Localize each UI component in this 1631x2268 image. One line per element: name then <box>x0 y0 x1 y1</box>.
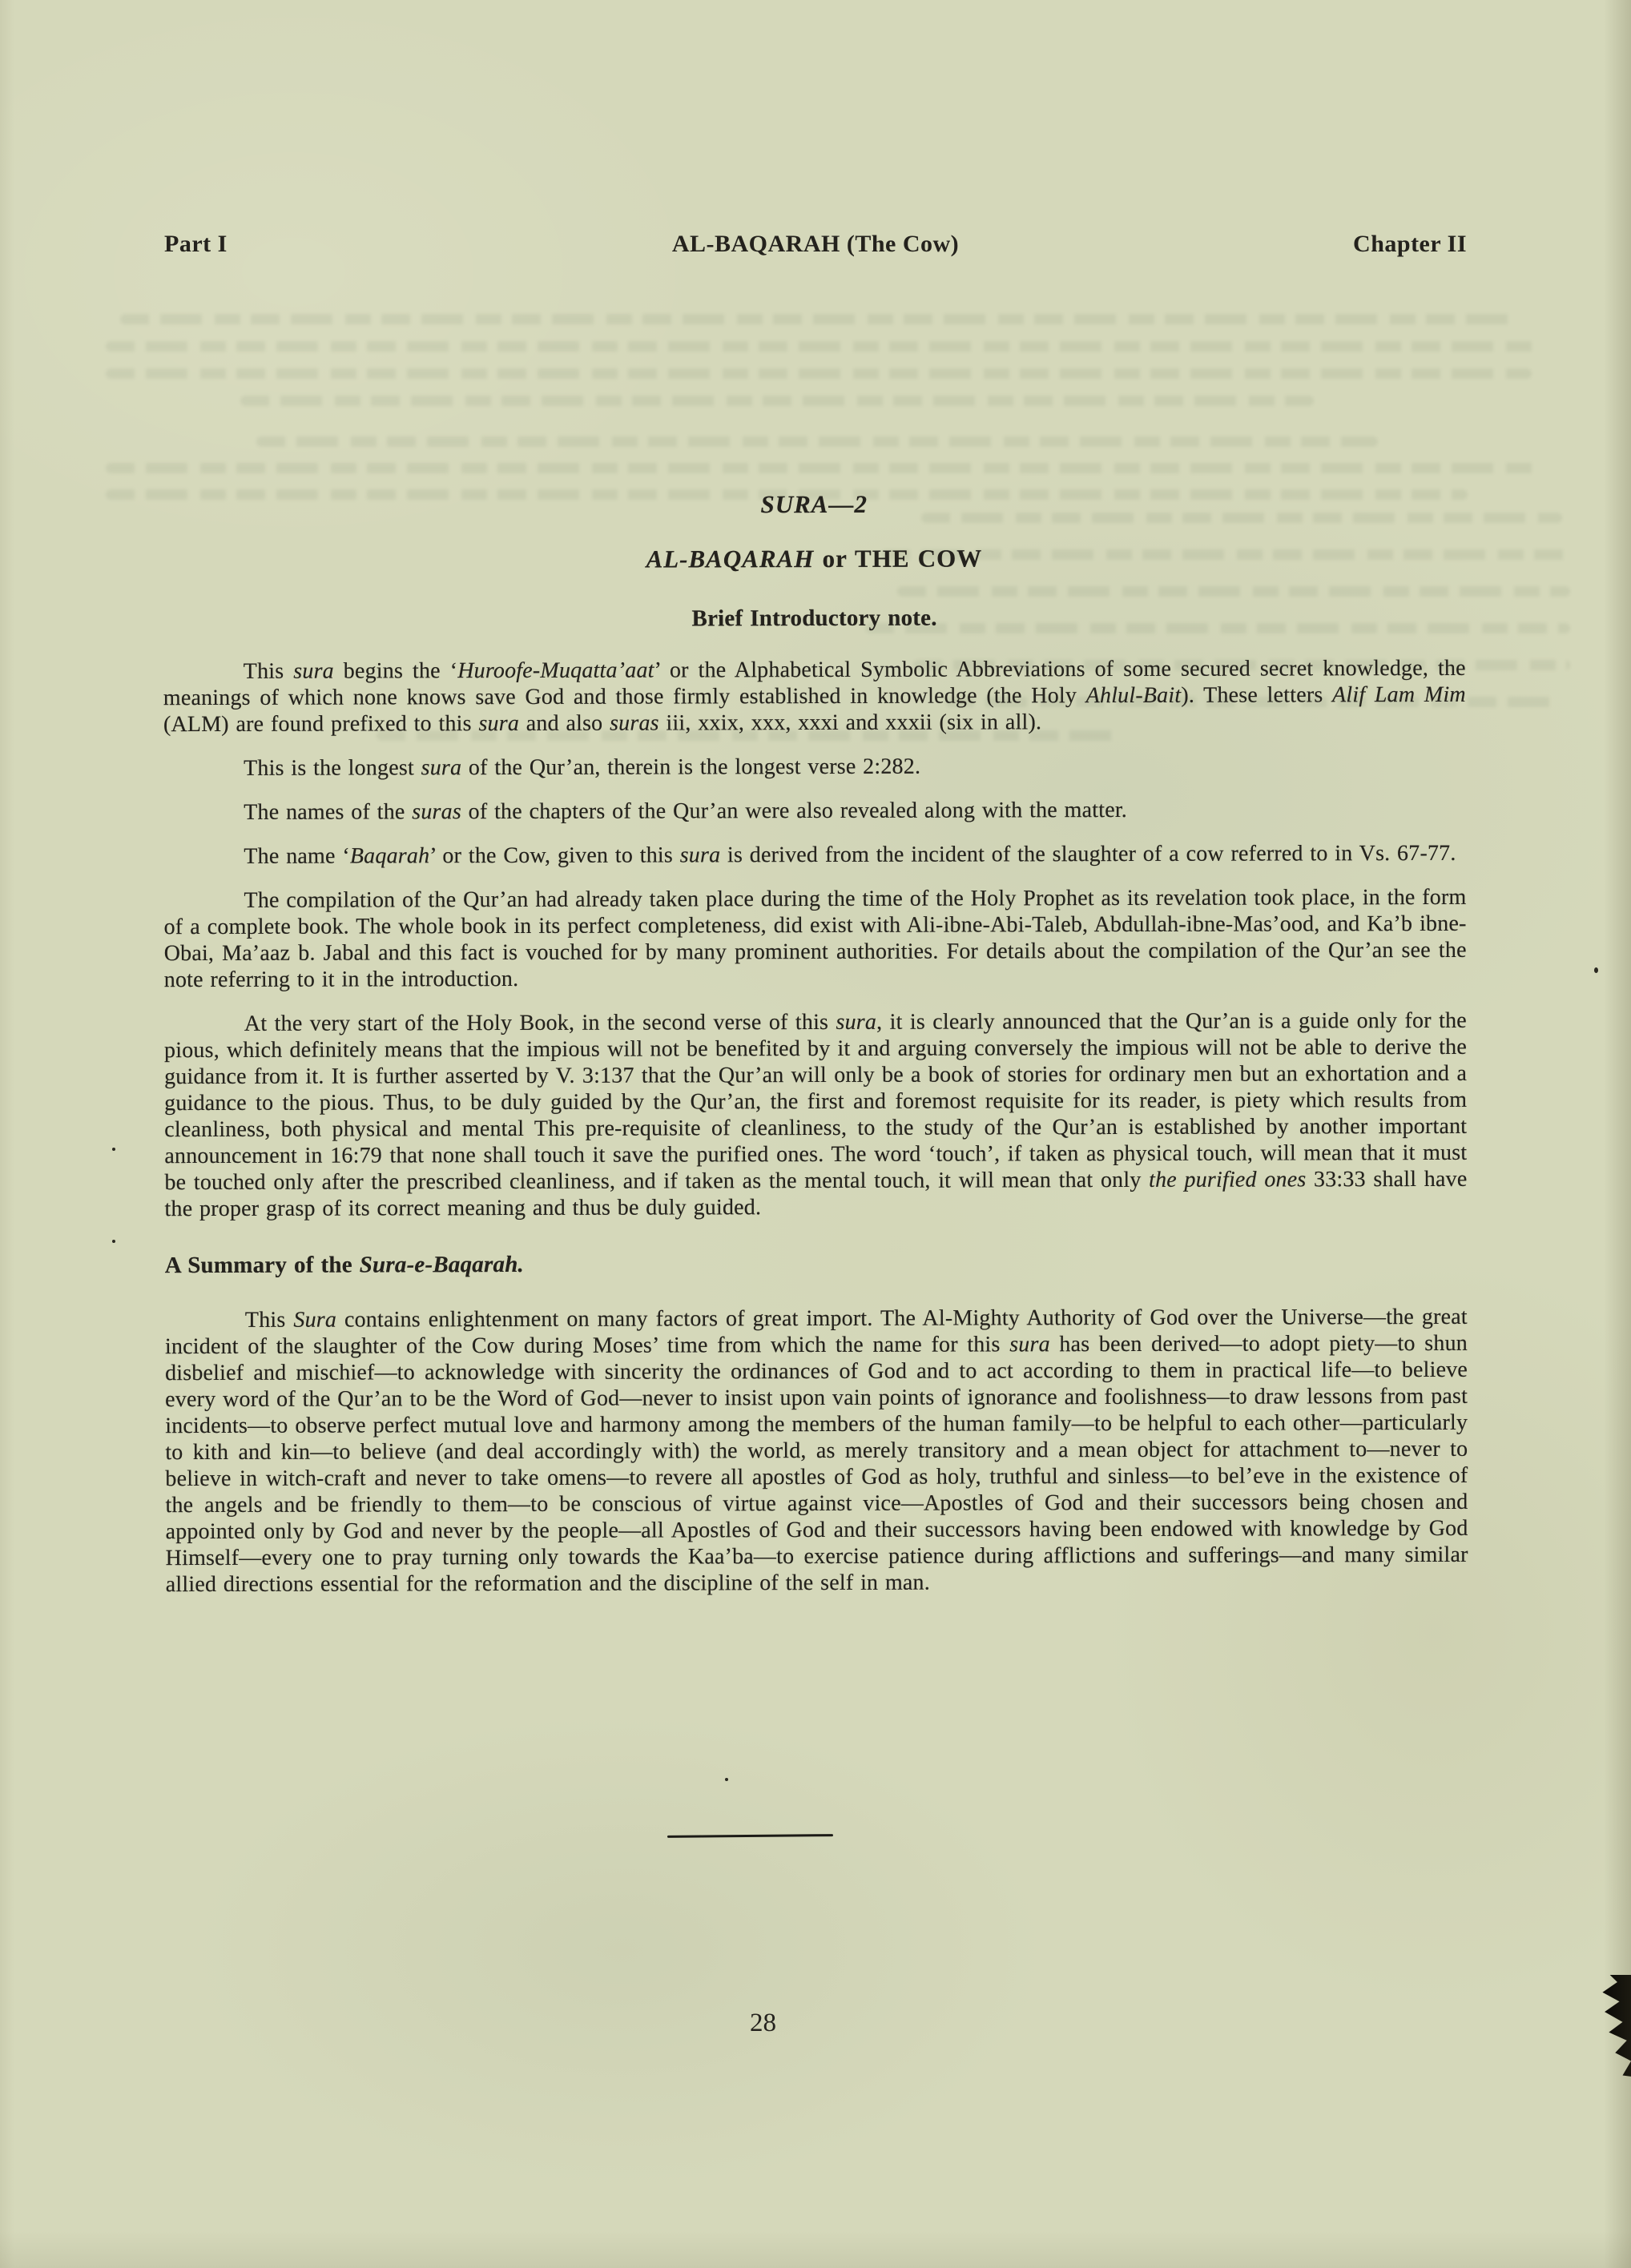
ink-speck <box>725 1778 728 1781</box>
end-rule <box>667 1834 833 1838</box>
intro-paragraph-6: At the very start of the Holy Book, in t… <box>164 1007 1468 1222</box>
ink-blot <box>1585 1975 1631 2077</box>
ink-speck <box>112 1240 115 1243</box>
book-page: Part I AL-BAQARAH (The Cow) Chapter II S… <box>0 0 1631 2268</box>
intro-paragraph-5: The compilation of the Qur’an had alread… <box>163 884 1466 993</box>
sura-number-heading: SURA—2 <box>163 489 1465 521</box>
ink-speck <box>112 1148 115 1151</box>
intro-paragraph-1: This sura begins the ‘Huroofe-Muqatta’aa… <box>163 655 1466 738</box>
summary-heading: A Summary of the Sura-e-Baqarah. <box>165 1248 1468 1280</box>
intro-paragraph-4: The name ‘Baqarah’ or the Cow, given to … <box>163 840 1466 870</box>
running-head: Part I AL-BAQARAH (The Cow) Chapter II <box>164 231 1467 258</box>
intro-note-heading: Brief Introductory note. <box>163 602 1466 634</box>
sura-name-heading: AL-BAQARAH or THE COW <box>163 543 1465 575</box>
intro-paragraph-3: The names of the suras of the chapters o… <box>163 796 1466 826</box>
intro-paragraph-2: This is the longest sura of the Qur’an, … <box>163 752 1466 782</box>
body-text: SURA—2 AL-BAQARAH or THE COW Brief Intro… <box>163 489 1468 1615</box>
page-number: 28 <box>0 2009 1526 2038</box>
summary-paragraph: This Sura contains enlightenment on many… <box>165 1304 1468 1598</box>
page-title: AL-BAQARAH (The Cow) <box>164 231 1467 258</box>
ink-speck <box>1594 967 1598 973</box>
